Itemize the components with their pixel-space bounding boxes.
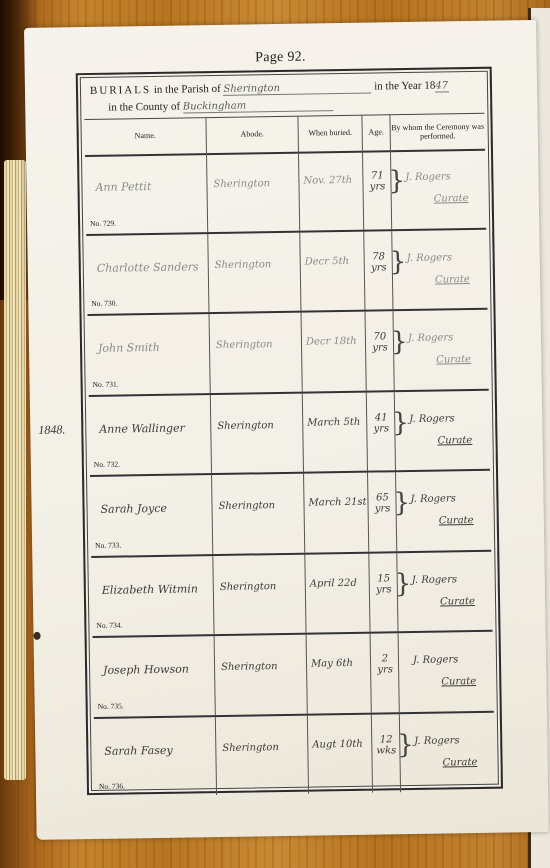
entry-abode: Sherington bbox=[217, 420, 274, 432]
entry-name: Ann Pettit bbox=[95, 180, 151, 194]
entry-number: No. 734. bbox=[96, 621, 122, 630]
entry-office: Curate bbox=[443, 756, 478, 768]
entry-abode: Sherington bbox=[216, 339, 273, 351]
register-entry: John SmithNo. 731. Sherington Decr 18th … bbox=[88, 310, 489, 397]
year-label: in the Year 18 bbox=[374, 80, 435, 93]
entry-burial-date: Nov. 27th bbox=[303, 175, 352, 187]
entry-officiant: J. Rogers bbox=[405, 171, 451, 183]
brace-icon: } bbox=[390, 249, 407, 275]
entry-office: Curate bbox=[439, 515, 474, 527]
register-entry: Charlotte SandersNo. 730. Sherington Dec… bbox=[86, 229, 487, 316]
register-entry: Elizabeth WitminNo. 734. Sherington Apri… bbox=[91, 551, 492, 638]
register-entry: Sarah JoyceNo. 733. Sherington March 21s… bbox=[90, 471, 491, 558]
brace-icon: } bbox=[397, 731, 414, 757]
register-rows: Ann PettitNo. 729. Sherington Nov. 27th … bbox=[85, 149, 495, 787]
entry-age: 41 bbox=[370, 412, 392, 423]
brace-icon: } bbox=[388, 168, 405, 194]
entry-officiant: J. Rogers bbox=[408, 332, 454, 344]
entry-age: 2 bbox=[374, 653, 396, 664]
entry-officiant: J. Rogers bbox=[407, 252, 453, 264]
entry-age-unit: yrs bbox=[372, 503, 394, 514]
column-header-when-buried: When buried. bbox=[298, 115, 363, 152]
entry-age-unit: yrs bbox=[369, 342, 391, 353]
entry-burial-date: Augt 10th bbox=[312, 738, 363, 750]
burial-register-table: BURIALS in the Parish of Sherington in t… bbox=[76, 67, 503, 795]
entry-office: Curate bbox=[435, 274, 470, 286]
entry-burial-date: March 21st bbox=[308, 497, 366, 509]
entry-age: 70 bbox=[369, 331, 391, 342]
column-header-name: Name. bbox=[84, 117, 207, 155]
entry-abode: Sherington bbox=[215, 259, 272, 271]
entry-number: No. 733. bbox=[95, 540, 121, 549]
column-header-age: Age. bbox=[362, 114, 391, 150]
register-title: BURIALS bbox=[90, 84, 151, 97]
entry-name: Anne Wallinger bbox=[99, 421, 185, 435]
parish-label: in the Parish of bbox=[154, 83, 221, 96]
register-entry: Anne WallingerNo. 732. Sherington March … bbox=[89, 390, 490, 477]
entry-burial-date: May 6th bbox=[311, 658, 353, 670]
entry-age-unit: wks bbox=[375, 745, 397, 756]
margin-year-note: 1848. bbox=[38, 422, 65, 437]
entry-burial-date: Decr 18th bbox=[306, 336, 357, 348]
register-entry: Sarah FaseyNo. 736. Sherington Augt 10th… bbox=[94, 712, 495, 797]
entry-number: No. 736. bbox=[99, 782, 125, 791]
binding-hole bbox=[33, 632, 40, 640]
brace-icon: } bbox=[391, 329, 408, 355]
entry-abode: Sherington bbox=[213, 178, 270, 190]
entry-age: 78 bbox=[368, 251, 390, 262]
entry-age: 65 bbox=[371, 492, 393, 503]
entry-name: Joseph Howson bbox=[103, 662, 189, 676]
entry-age-unit: yrs bbox=[366, 181, 388, 192]
entry-age: 15 bbox=[373, 573, 395, 584]
entry-number: No. 729. bbox=[90, 218, 116, 227]
entry-name: Elizabeth Witmin bbox=[102, 582, 198, 597]
entry-age: 71 bbox=[366, 170, 388, 181]
entry-office: Curate bbox=[440, 595, 475, 607]
register-entry: Ann PettitNo. 729. Sherington Nov. 27th … bbox=[85, 149, 486, 236]
register-entry: Joseph HowsonNo. 735. Sherington May 6th… bbox=[93, 632, 494, 719]
county-value: Buckingham bbox=[183, 101, 247, 113]
entry-number: No. 731. bbox=[93, 379, 119, 388]
entry-number: No. 730. bbox=[91, 299, 117, 308]
entry-abode: Sherington bbox=[221, 661, 278, 673]
entry-officiant: J. Rogers bbox=[412, 574, 458, 586]
entry-abode: Sherington bbox=[218, 500, 275, 512]
entry-age-unit: yrs bbox=[370, 423, 392, 434]
entry-office: Curate bbox=[441, 676, 476, 688]
entry-abode: Sherington bbox=[220, 581, 277, 593]
entry-age: 12 bbox=[375, 734, 397, 745]
entry-number: No. 732. bbox=[94, 460, 120, 469]
entry-name: John Smith bbox=[98, 341, 160, 355]
entry-name: Sarah Fasey bbox=[104, 743, 173, 757]
entry-burial-date: Decr 5th bbox=[305, 255, 349, 267]
entry-age-unit: yrs bbox=[368, 262, 390, 273]
entry-officiant: J. Rogers bbox=[410, 493, 456, 505]
entry-number: No. 735. bbox=[98, 701, 124, 710]
county-label: in the County of bbox=[108, 101, 180, 114]
column-header-abode: Abode. bbox=[206, 116, 299, 153]
parish-value: Sherington bbox=[223, 83, 280, 95]
brace-icon: } bbox=[392, 410, 409, 436]
entry-burial-date: April 22d bbox=[310, 577, 357, 589]
brace-icon: } bbox=[393, 490, 410, 516]
register-page: Page 92. 1848. BURIALS in the Parish of … bbox=[24, 20, 549, 840]
year-value: 47 bbox=[435, 80, 448, 91]
entry-name: Charlotte Sanders bbox=[97, 260, 199, 275]
entry-abode: Sherington bbox=[222, 742, 279, 754]
entry-age-unit: yrs bbox=[373, 584, 395, 595]
brace-icon: } bbox=[395, 570, 412, 596]
entry-office: Curate bbox=[434, 193, 469, 205]
entry-officiant: J. Rogers bbox=[414, 735, 460, 747]
entry-office: Curate bbox=[437, 435, 472, 447]
entry-burial-date: March 5th bbox=[307, 416, 360, 428]
entry-officiant: J. Rogers bbox=[413, 654, 459, 666]
book-page-edges bbox=[4, 160, 26, 780]
entry-office: Curate bbox=[436, 354, 471, 366]
entry-name: Sarah Joyce bbox=[100, 502, 167, 516]
entry-age-unit: yrs bbox=[374, 664, 396, 675]
entry-officiant: J. Rogers bbox=[409, 413, 455, 425]
column-header-ceremony: By whom the Ceremony was performed. bbox=[390, 113, 485, 150]
